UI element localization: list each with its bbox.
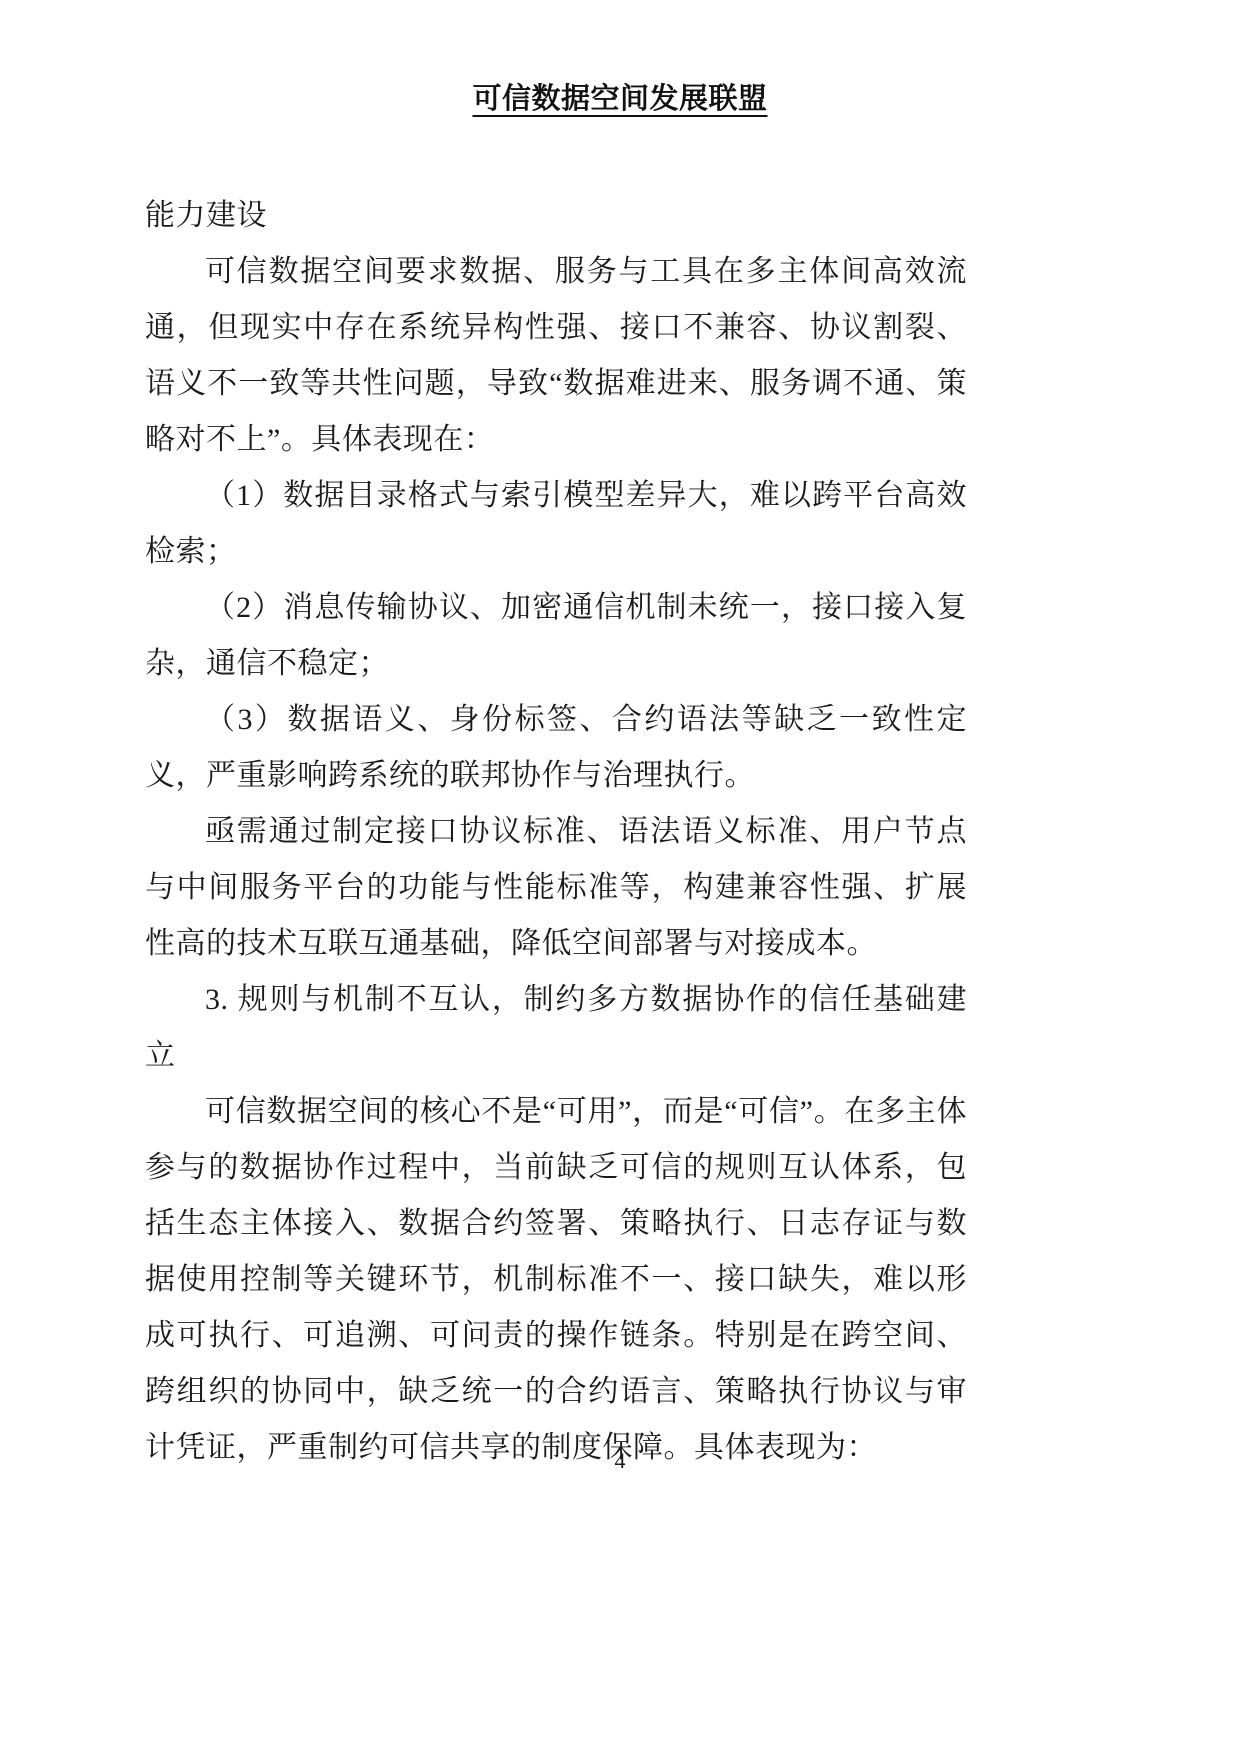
header-title: 可信数据空间发展联盟: [472, 76, 767, 117]
page-number: 4: [615, 1448, 626, 1473]
paragraph-trust: 可信数据空间的核心不是“可用”，而是“可信”。在多主体参与的数据协作过程中，当前…: [145, 1084, 967, 1476]
page-footer: 4: [0, 1448, 1240, 1474]
paragraph-section-label: 能力建设: [145, 188, 967, 244]
paragraph-item-2: （2）消息传输协议、加密通信机制未统一，接口接入复杂，通信不稳定；: [145, 580, 967, 692]
page-header: 可信数据空间发展联盟: [0, 76, 1240, 117]
paragraph-heading-3: 3. 规则与机制不互认，制约多方数据协作的信任基础建立: [145, 972, 967, 1084]
paragraph-intro: 可信数据空间要求数据、服务与工具在多主体间高效流通，但现实中存在系统异构性强、接…: [145, 244, 967, 468]
document-body: 能力建设 可信数据空间要求数据、服务与工具在多主体间高效流通，但现实中存在系统异…: [145, 188, 967, 1476]
paragraph-item-3: （3）数据语义、身份标签、合约语法等缺乏一致性定义，严重影响跨系统的联邦协作与治…: [145, 692, 967, 804]
paragraph-need: 亟需通过制定接口协议标准、语法语义标准、用户节点与中间服务平台的功能与性能标准等…: [145, 804, 967, 972]
paragraph-item-1: （1）数据目录格式与索引模型差异大，难以跨平台高效检索；: [145, 468, 967, 580]
document-page: 可信数据空间发展联盟 能力建设 可信数据空间要求数据、服务与工具在多主体间高效流…: [0, 0, 1240, 1754]
